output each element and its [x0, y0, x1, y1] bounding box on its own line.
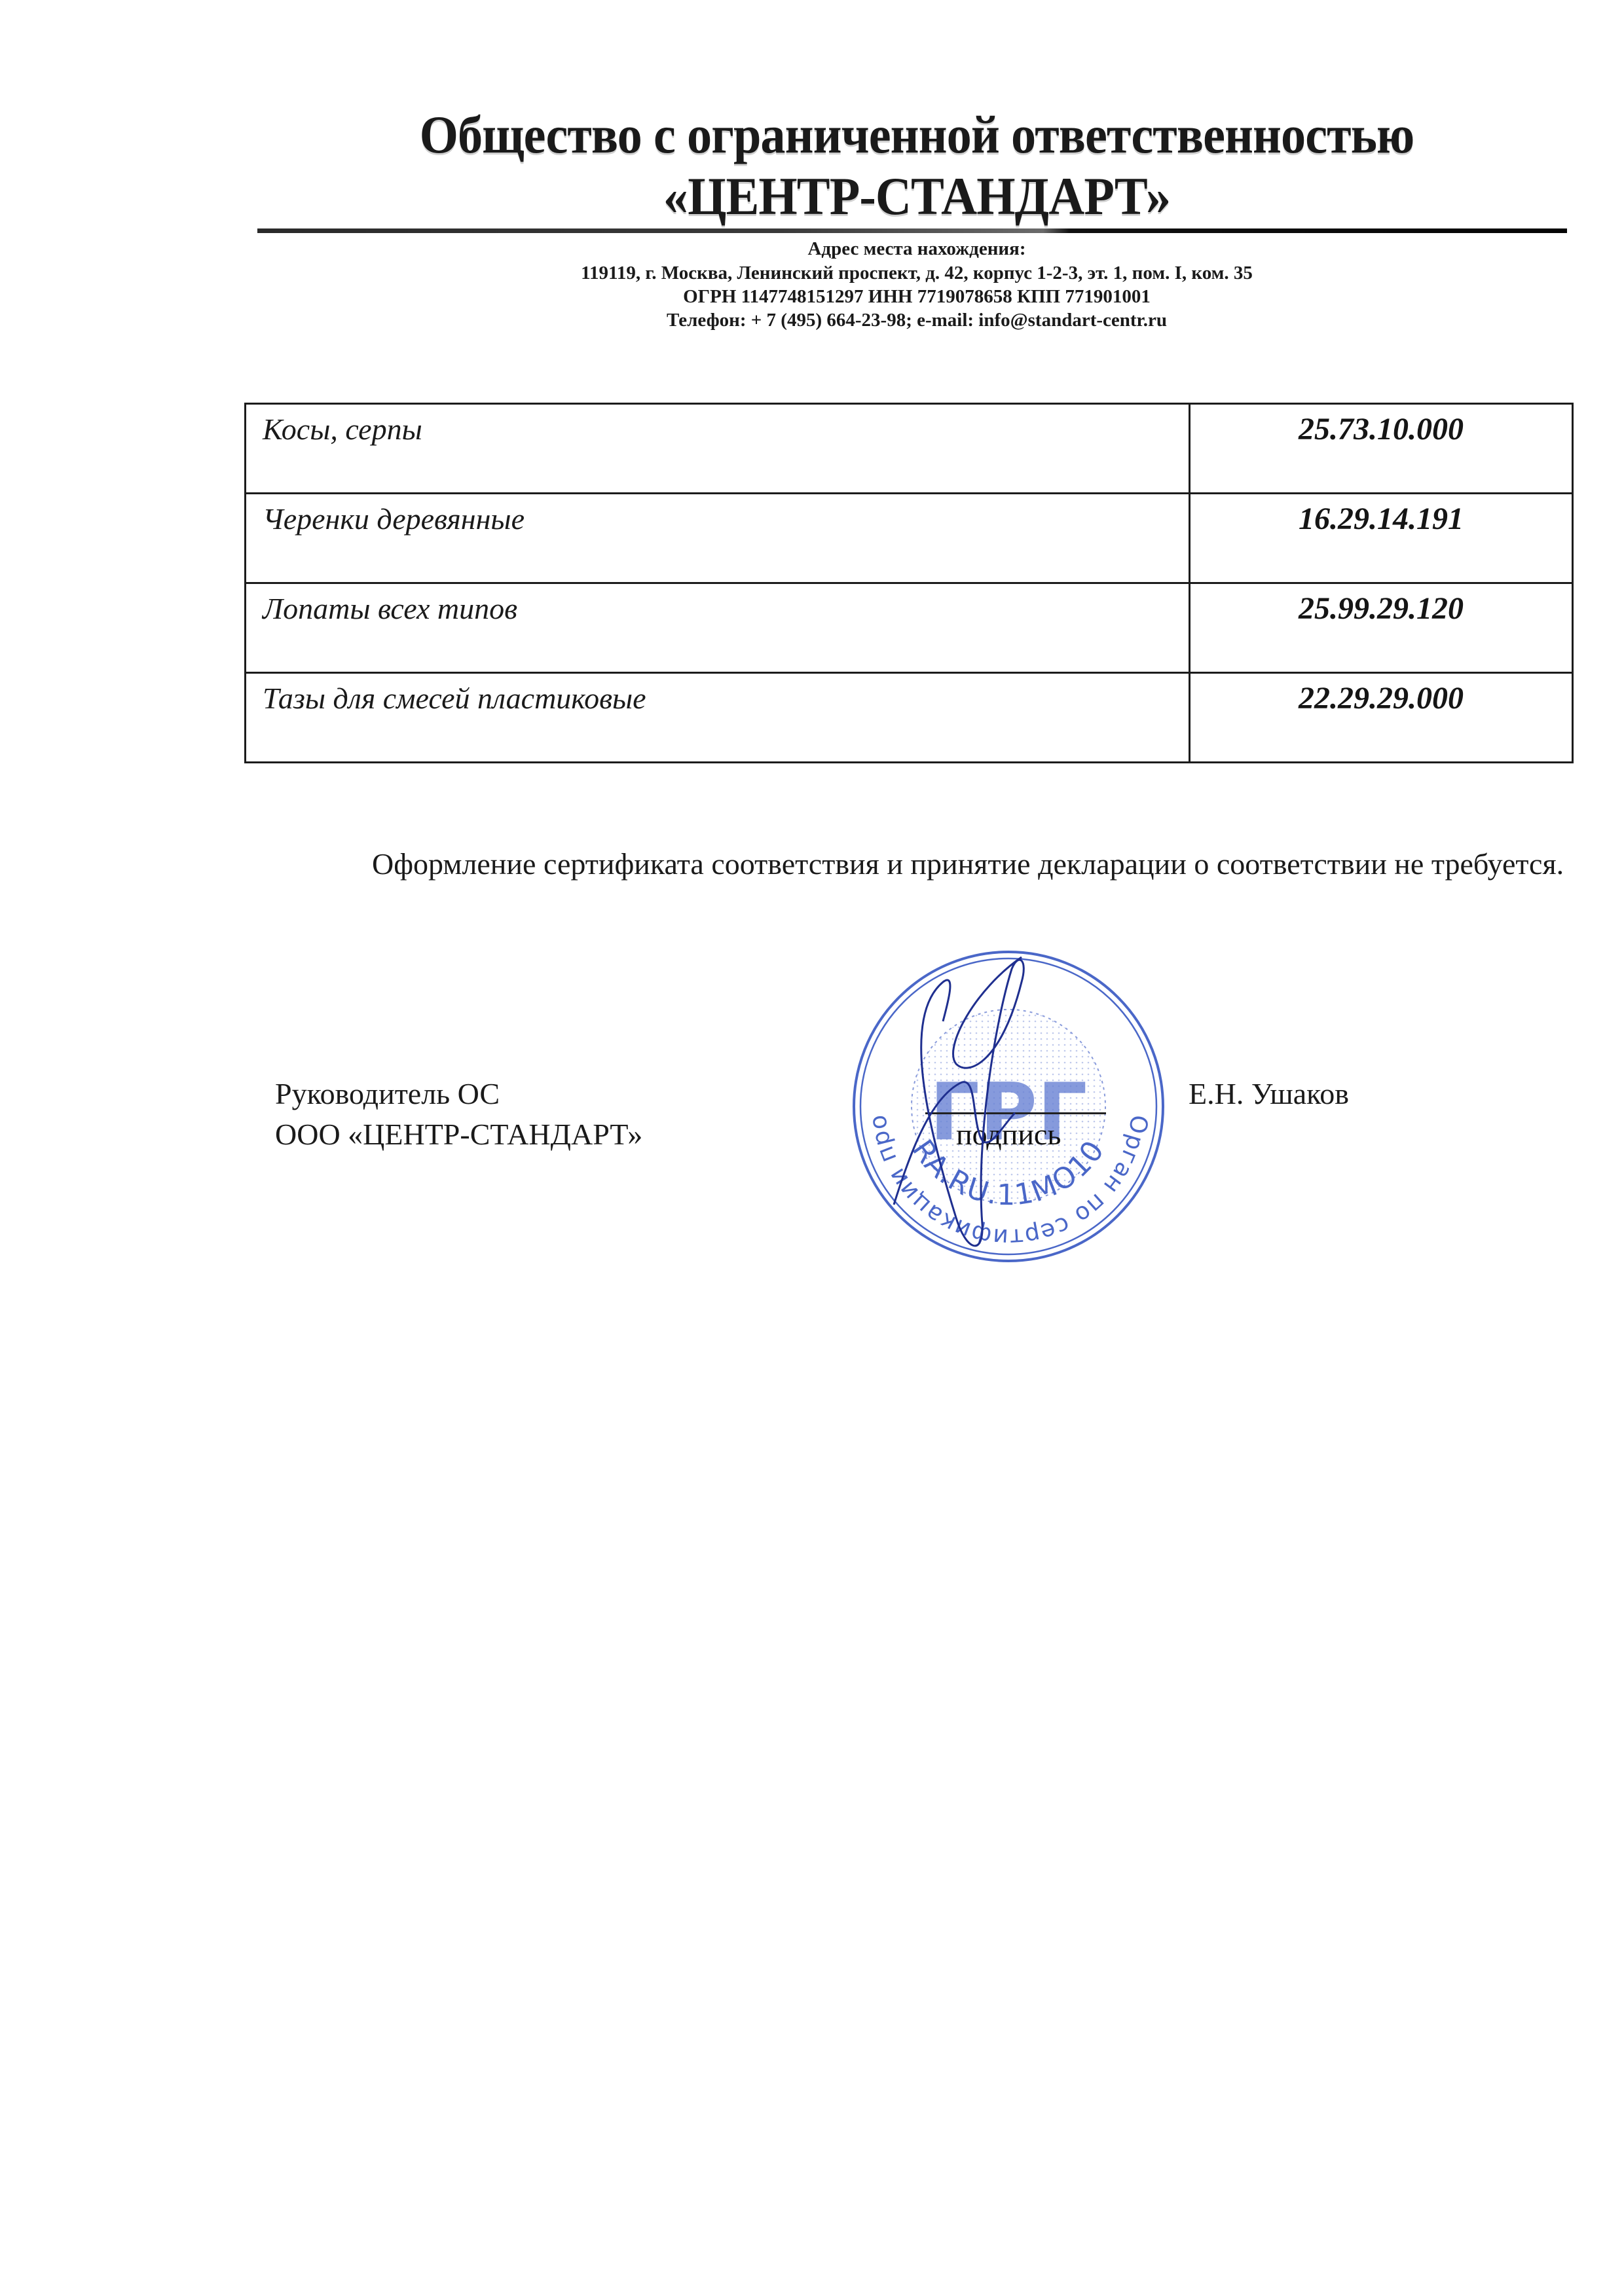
stamp-seal-icon: Орган по сертификации продукции ООО «ЦЕН…: [845, 943, 1172, 1270]
contact-info: Телефон: + 7 (495) 664-23-98; e-mail: in…: [393, 308, 1441, 333]
registration-numbers: ОГРН 1147748151297 ИНН 7719078658 КПП 77…: [393, 284, 1441, 309]
signer-name: Е.Н. Ушаков: [1189, 1074, 1349, 1114]
certification-note: Оформление сертификата соответствия и пр…: [244, 842, 1574, 886]
address-label: Адрес места нахождения:: [393, 236, 1441, 261]
signature-caption: подпись: [956, 1114, 1061, 1155]
product-code-cell: 22.29.29.000: [1190, 673, 1573, 763]
table-row: Косы, серпы 25.73.10.000: [246, 404, 1573, 494]
company-title-line1: Общество с ограниченной ответственностью: [295, 103, 1538, 166]
table-row: Тазы для смесей пластиковые 22.29.29.000: [246, 673, 1573, 763]
product-code-cell: 25.73.10.000: [1190, 404, 1573, 494]
signer-position-line2: ООО «ЦЕНТР-СТАНДАРТ»: [275, 1114, 642, 1155]
signer-position: Руководитель ОС ООО «ЦЕНТР-СТАНДАРТ»: [275, 1074, 642, 1155]
product-codes-table: Косы, серпы 25.73.10.000 Черенки деревян…: [244, 403, 1574, 763]
table-row: Лопаты всех типов 25.99.29.120: [246, 583, 1573, 673]
document-page: Общество с ограниченной ответственностью…: [0, 0, 1624, 2296]
product-name-cell: Черенки деревянные: [246, 494, 1190, 583]
product-name-cell: Косы, серпы: [246, 404, 1190, 494]
product-name-cell: Лопаты всех типов: [246, 583, 1190, 673]
company-title-line2: «ЦЕНТР-СТАНДАРТ»: [295, 165, 1538, 228]
table-row: Черенки деревянные 16.29.14.191: [246, 494, 1573, 583]
product-code-cell: 25.99.29.120: [1190, 583, 1573, 673]
signer-position-line1: Руководитель ОС: [275, 1074, 642, 1114]
product-name-cell: Тазы для смесей пластиковые: [246, 673, 1190, 763]
address-text: 119119, г. Москва, Ленинский проспект, д…: [393, 261, 1441, 285]
product-code-cell: 16.29.14.191: [1190, 494, 1573, 583]
letterhead-divider: [257, 228, 1567, 233]
